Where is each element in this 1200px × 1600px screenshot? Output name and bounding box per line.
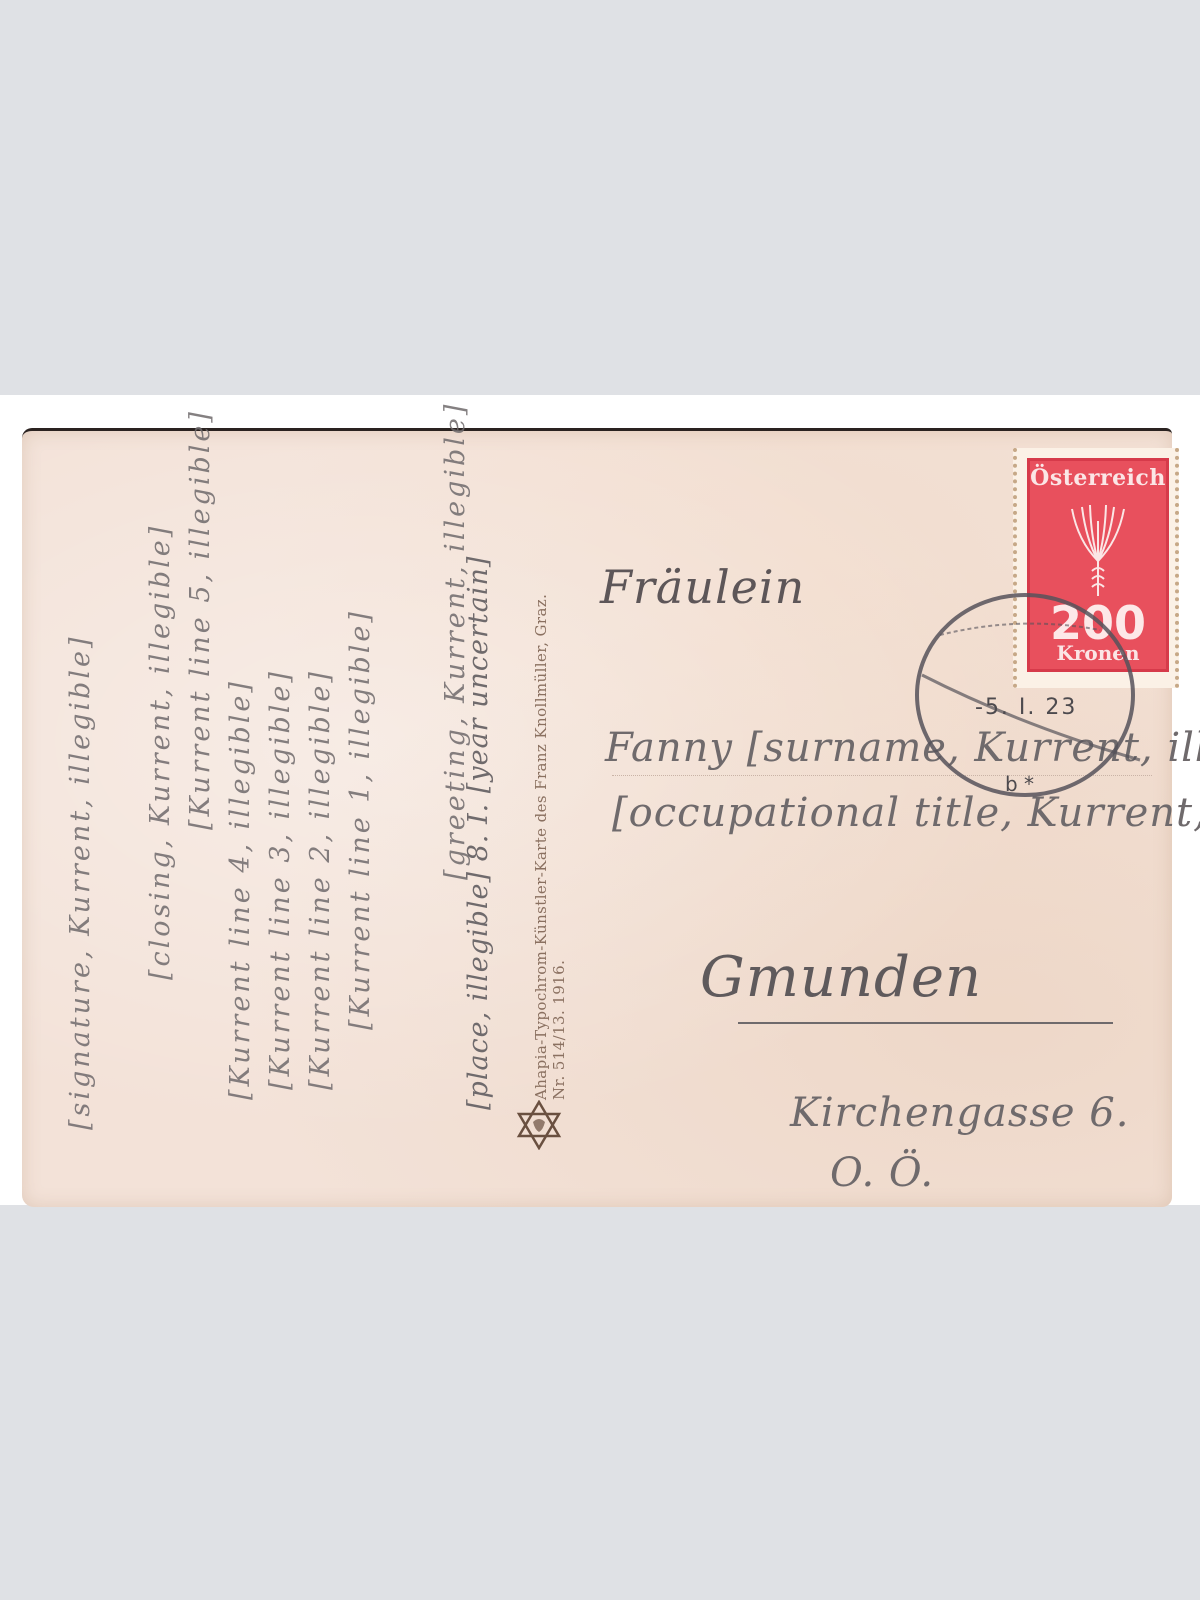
message-line: [Kurrent line 2, illegible] (305, 669, 336, 1090)
address-street: Kirchengasse 6. (790, 1090, 1129, 1136)
address-salutation: Fräulein (600, 560, 805, 614)
publisher-logo-icon (515, 1100, 563, 1150)
address-name: Fanny [surname, Kurrent, illegible] (605, 725, 1200, 771)
message-closing: [closing, Kurrent, illegible] (145, 524, 176, 980)
message-line: [Kurrent line 5, illegible] (185, 409, 216, 830)
address-city: Gmunden (700, 945, 982, 1010)
message-line: [Kurrent line 3, illegible] (265, 669, 296, 1090)
postage-stamp: Österreich 200 Kronen (1013, 448, 1179, 688)
city-underline (738, 1022, 1113, 1024)
message-line: [Kurrent line 1, illegible] (345, 609, 376, 1030)
postmark-date: -5. I. 23 (975, 695, 1077, 720)
stamp-country: Österreich (1030, 465, 1166, 491)
message-greeting: [greeting, Kurrent, illegible] (440, 402, 471, 880)
stamp-currency: Kronen (1030, 641, 1166, 665)
address-dotted-line (612, 775, 1152, 776)
message-signature: [signature, Kurrent, illegible] (65, 635, 96, 1130)
postmark-code: b * (1005, 772, 1034, 796)
publisher-line: Ahapia-Typochrom-Künstler-Karte des Fran… (532, 594, 550, 1100)
stamp-face: Österreich 200 Kronen (1027, 458, 1169, 672)
wheat-ear-icon (1058, 501, 1138, 601)
address-region: O. Ö. (830, 1150, 934, 1196)
message-line: [Kurrent line 4, illegible] (225, 679, 256, 1100)
address-title: [occupational title, Kurrent, uncertain … (612, 790, 1200, 836)
card-number-line: Nr. 514/13. 1916. (550, 960, 568, 1100)
